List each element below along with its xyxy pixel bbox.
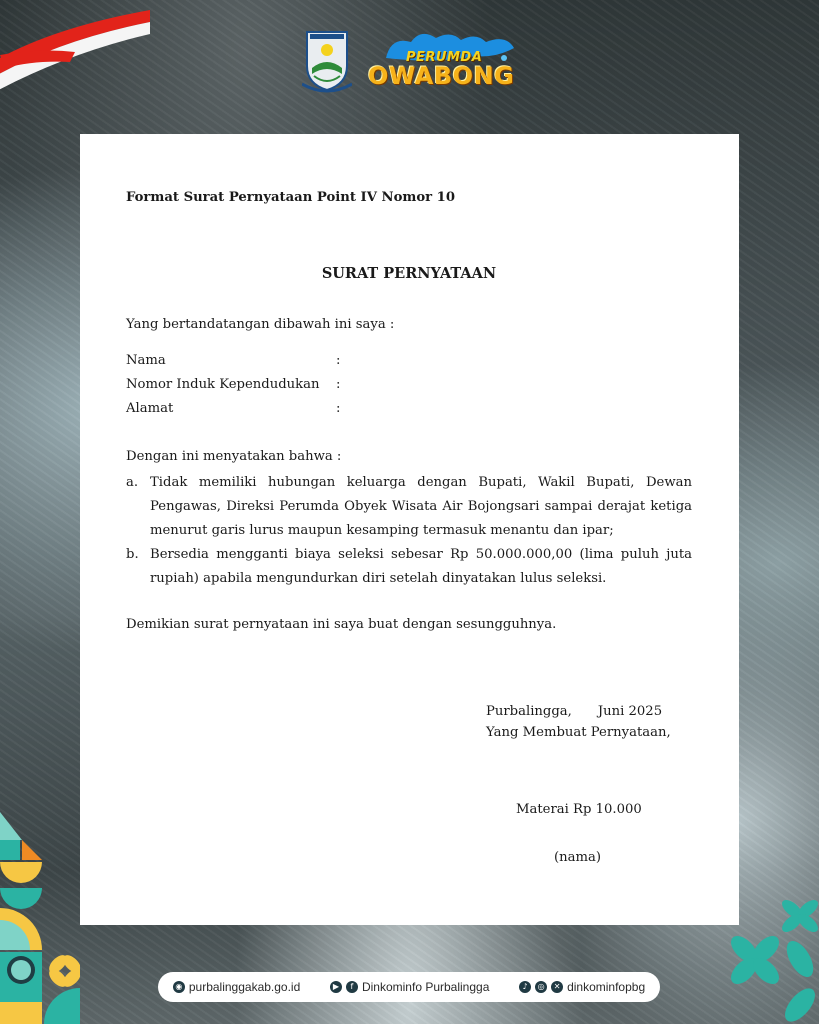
date: Juni 2025 bbox=[598, 704, 662, 719]
field-separator: : bbox=[336, 401, 340, 425]
footer-website[interactable]: ◉ purbalinggakab.go.id bbox=[173, 980, 300, 994]
purbalingga-crest-icon bbox=[302, 28, 352, 94]
closing-text: Demikian surat pernyataan ini saya buat … bbox=[126, 617, 556, 632]
globe-icon: ◉ bbox=[173, 981, 185, 993]
social-a-text: Dinkominfo Purbalingga bbox=[362, 980, 489, 994]
website-text: purbalinggakab.go.id bbox=[189, 980, 300, 994]
place: Purbalingga, bbox=[486, 704, 572, 719]
field-label: Nomor Induk Kependudukan bbox=[126, 377, 336, 401]
field-label: Nama bbox=[126, 353, 336, 377]
list-text: Bersedia mengganti biaya seleksi sebesar… bbox=[150, 543, 692, 591]
list-item: b. Bersedia mengganti biaya seleksi sebe… bbox=[126, 543, 692, 591]
list-text: Tidak memiliki hubungan keluarga dengan … bbox=[150, 471, 692, 543]
youtube-icon: ▶ bbox=[330, 981, 342, 993]
statement-list: a. Tidak memiliki hubungan keluarga deng… bbox=[126, 471, 692, 591]
stamp-duty-label: Materai Rp 10.000 bbox=[516, 802, 642, 817]
footer-social-handle[interactable]: ♪ ◎ ✕ dinkominfopbg bbox=[519, 980, 645, 994]
field-separator: : bbox=[336, 377, 340, 401]
footer-contact-bar: ◉ purbalinggakab.go.id ▶ f Dinkominfo Pu… bbox=[158, 972, 660, 1002]
flag-ribbon-decoration bbox=[0, 10, 150, 100]
maker-label: Yang Membuat Pernyataan, bbox=[486, 725, 686, 740]
geometric-decoration-left bbox=[0, 812, 80, 1024]
x-icon: ✕ bbox=[551, 981, 563, 993]
intro-text: Yang bertandatangan dibawah ini saya : bbox=[126, 317, 394, 332]
field-label: Alamat bbox=[126, 401, 336, 425]
format-title: Format Surat Pernyataan Point IV Nomor 1… bbox=[126, 190, 455, 205]
social-b-text: dinkominfopbg bbox=[567, 980, 645, 994]
identity-fields: Nama : Nomor Induk Kependudukan : Alamat… bbox=[126, 353, 340, 425]
name-placeholder: (nama) bbox=[554, 850, 601, 865]
footer-social-dinkominfo[interactable]: ▶ f Dinkominfo Purbalingga bbox=[330, 980, 489, 994]
list-item: a. Tidak memiliki hubungan keluarga deng… bbox=[126, 471, 692, 543]
leaf-decoration-right bbox=[730, 895, 819, 1024]
logo-line2: OWABONG bbox=[368, 62, 514, 90]
field-nama: Nama : bbox=[126, 353, 340, 377]
instagram-icon: ◎ bbox=[535, 981, 547, 993]
place-date: Purbalingga,Juni 2025 bbox=[486, 704, 686, 719]
signature-block: Purbalingga,Juni 2025 Yang Membuat Perny… bbox=[486, 704, 686, 740]
statement-intro: Dengan ini menyatakan bahwa : bbox=[126, 449, 341, 464]
field-alamat: Alamat : bbox=[126, 401, 340, 425]
perumda-owabong-logo: PERUMDA OWABONG bbox=[366, 28, 516, 94]
list-marker: a. bbox=[126, 471, 150, 543]
letter-heading: SURAT PERNYATAAN bbox=[126, 265, 692, 282]
facebook-icon: f bbox=[346, 981, 358, 993]
tiktok-icon: ♪ bbox=[519, 981, 531, 993]
header-logos: PERUMDA OWABONG bbox=[302, 28, 516, 94]
field-separator: : bbox=[336, 353, 340, 377]
field-nik: Nomor Induk Kependudukan : bbox=[126, 377, 340, 401]
list-marker: b. bbox=[126, 543, 150, 591]
